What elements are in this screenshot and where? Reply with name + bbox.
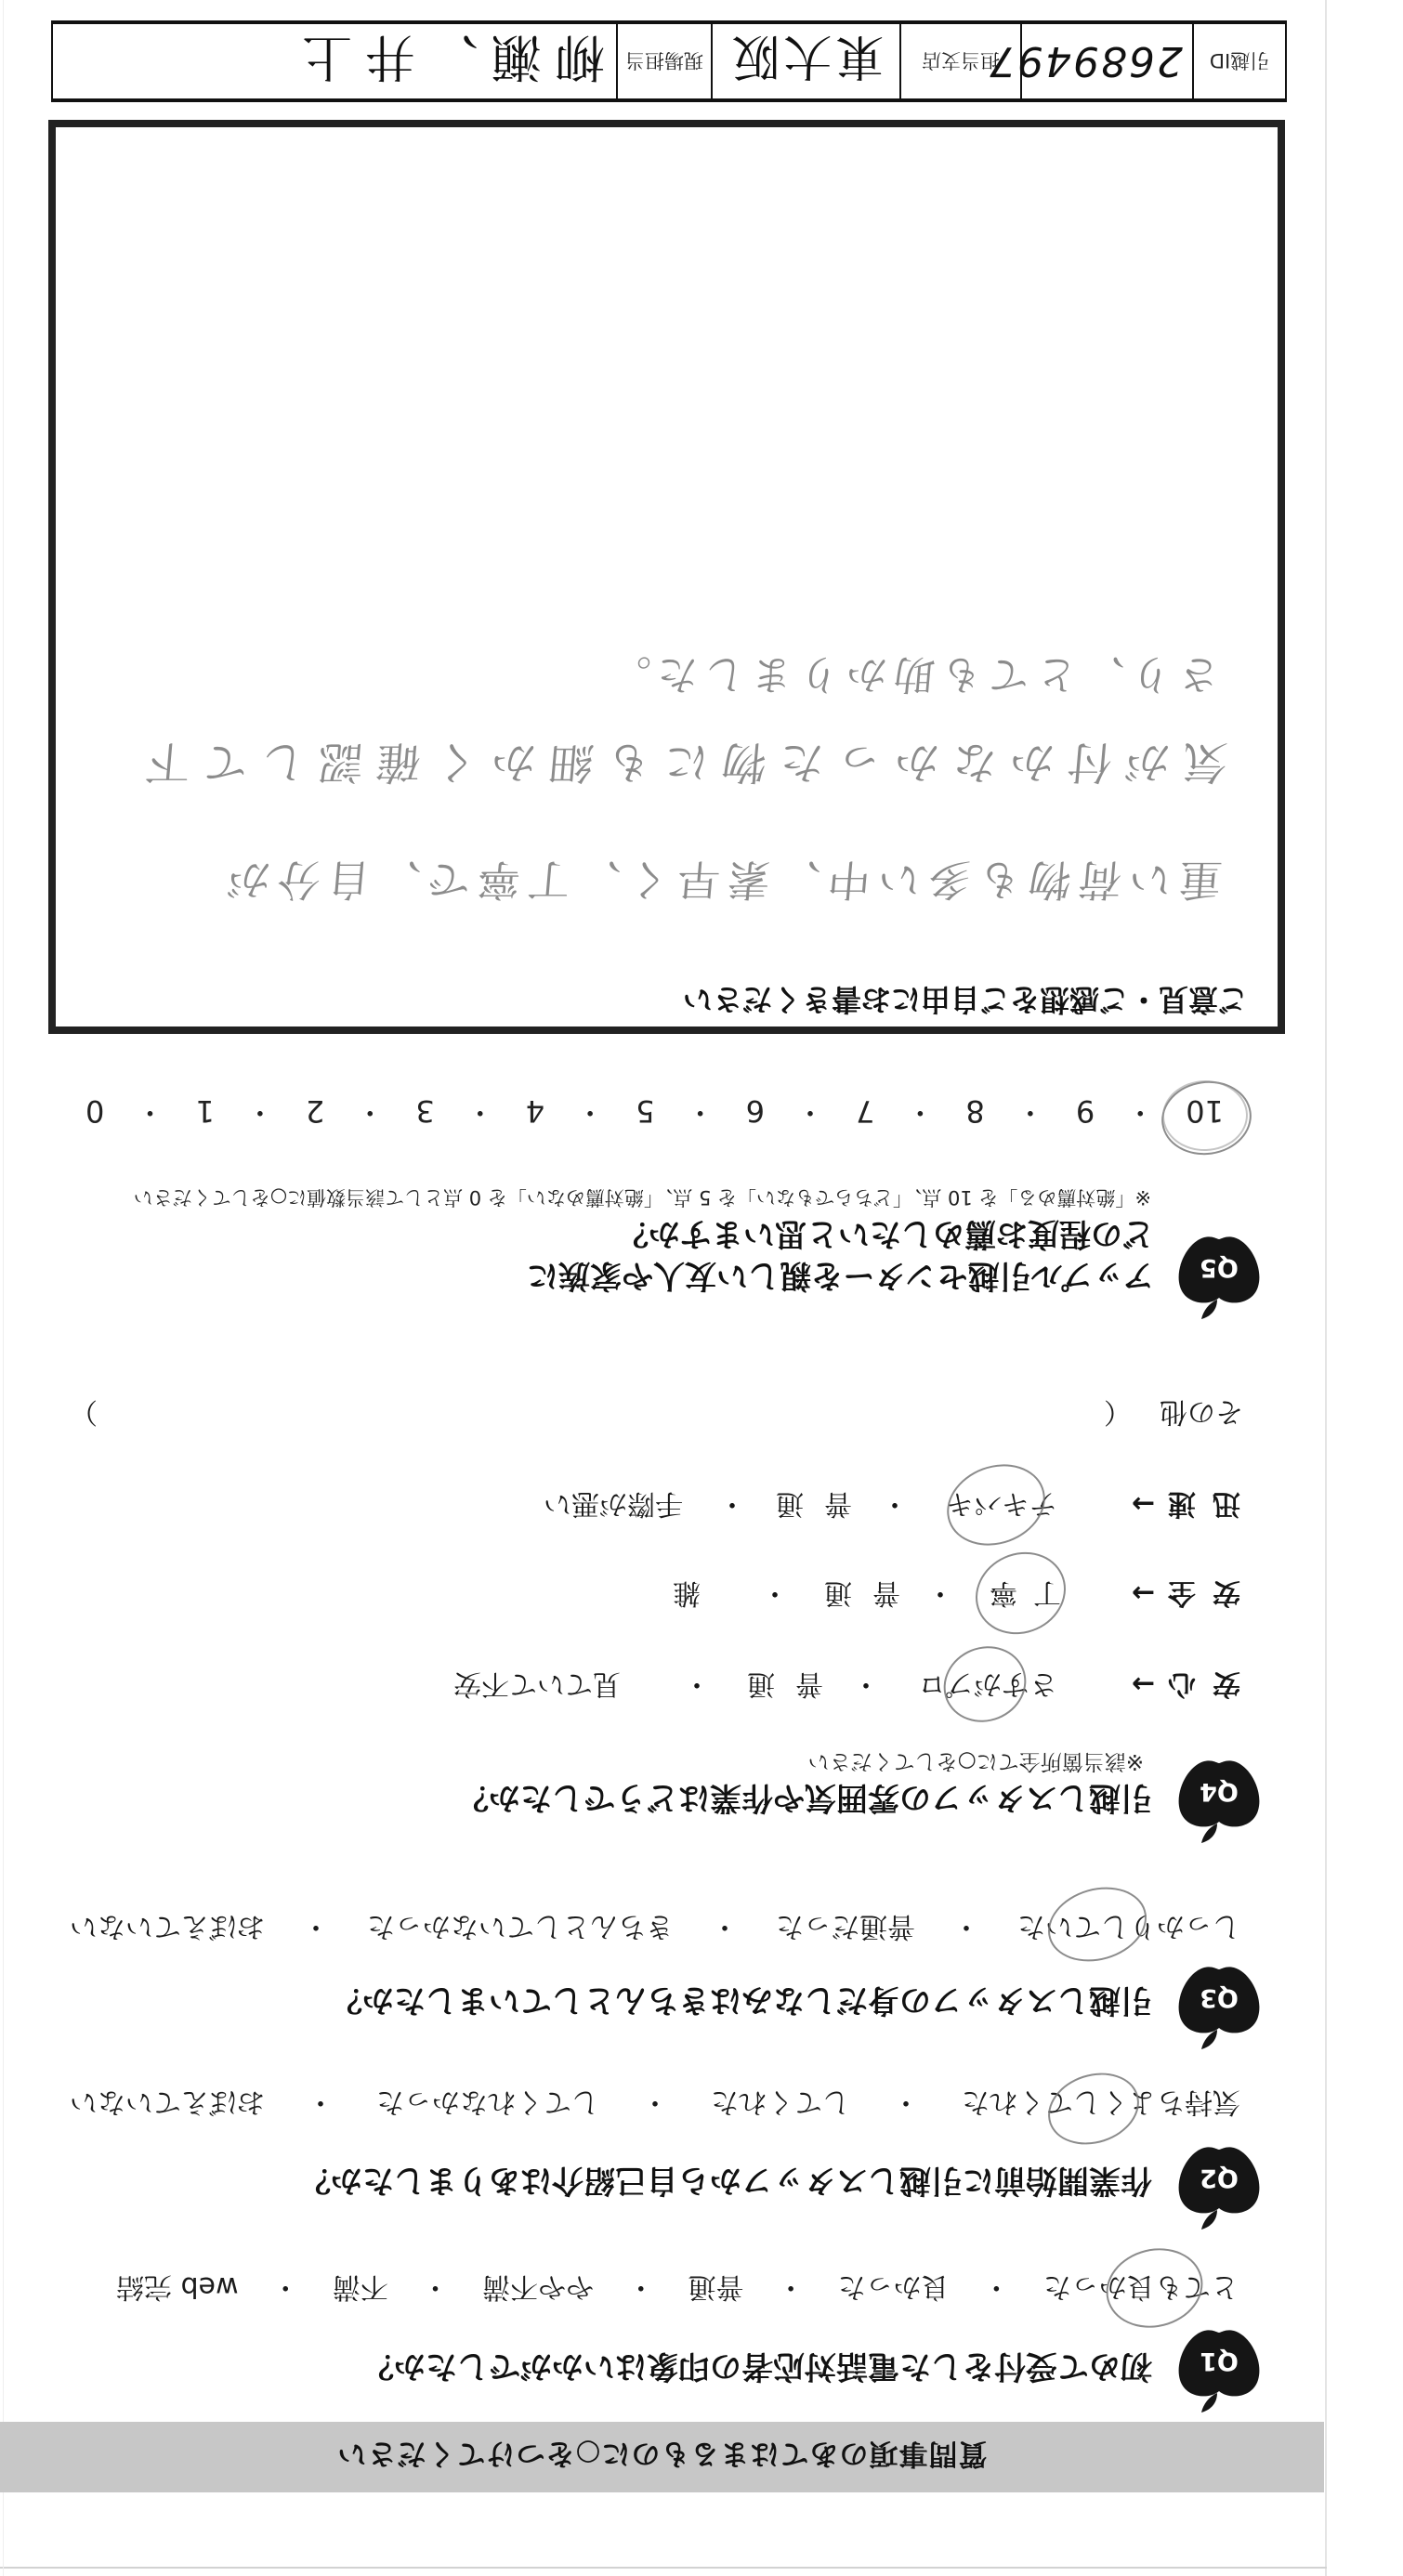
separator-dot: ・ bbox=[302, 1909, 330, 1942]
handwritten-comment-line: 重い荷物も多い中、素早く、丁寧で、自分が bbox=[217, 854, 1224, 906]
separator-dot: ・ bbox=[777, 2269, 805, 2303]
q4-option: 普通 bbox=[804, 1576, 900, 1609]
q5-score-scale: 10 ・ 9 ・ 8 ・ 7 ・ 6 ・ 5 ・ 4 ・ 3 ・ 2 ・ 1 ・… bbox=[85, 1092, 1224, 1130]
branch-label: 担当支店 bbox=[899, 24, 1020, 98]
comments-heading: ご意見・ご感想をご自由にお書きください bbox=[683, 982, 1248, 1017]
scanned-survey-sheet: 質問事項のあてはまるものに○をつけてください Q1 初めて受付をした電話対応者の… bbox=[0, 0, 1403, 2576]
score-value: 5 bbox=[636, 1092, 654, 1130]
q3-option: きちんとしていなかった bbox=[367, 1909, 674, 1942]
q4-row-label-safety: 安全 bbox=[1151, 1576, 1240, 1609]
q4-other-close-paren: ） bbox=[70, 1394, 98, 1428]
onsite-staff-label: 現場担当 bbox=[616, 24, 711, 98]
separator-dot: ・ bbox=[422, 2269, 450, 2303]
q5-question-line-2: どの程度お薦めしたいと思いますか？ bbox=[617, 1215, 1154, 1252]
q2-option: 気持ちよくしてくれた bbox=[962, 2085, 1240, 2118]
separator-dot: ・ bbox=[796, 1094, 824, 1128]
separator-dot: ・ bbox=[1126, 1094, 1154, 1128]
q1-option: 良かった bbox=[838, 2269, 950, 2303]
q1-question: 初めて受付をした電話対応者の印象はいかがでしたか？ bbox=[362, 2347, 1152, 2385]
separator-dot: ・ bbox=[307, 2085, 334, 2118]
score-value: 2 bbox=[306, 1092, 324, 1130]
separator-dot: ・ bbox=[761, 1576, 789, 1609]
q1-badge-label: Q1 bbox=[1200, 2347, 1239, 2375]
q3-option: おぼえていない bbox=[70, 1909, 265, 1942]
separator-dot: ・ bbox=[136, 1094, 164, 1128]
q5-apple-badge-icon: Q5 bbox=[1174, 1233, 1264, 1322]
separator-dot: ・ bbox=[466, 1094, 494, 1128]
arrow-right-icon: → bbox=[1132, 1667, 1155, 1700]
q2-question: 作業開始前に引越しスタッフから自己紹介はありましたか？ bbox=[299, 2162, 1152, 2199]
q5-question-line-1: アップル引越センターを親しい友人や家族に bbox=[527, 1257, 1154, 1294]
q2-apple-badge-icon: Q2 bbox=[1174, 2143, 1264, 2232]
q2-badge-label: Q2 bbox=[1200, 2164, 1239, 2192]
score-value: 9 bbox=[1076, 1092, 1095, 1130]
q4-option: 雑 bbox=[673, 1576, 701, 1609]
q4-option: 手際が悪い bbox=[544, 1486, 683, 1520]
q4-option: 見ていて不安 bbox=[453, 1667, 621, 1700]
arrow-right-icon: → bbox=[1132, 1576, 1155, 1609]
score-value: 3 bbox=[415, 1092, 434, 1130]
separator-dot: ・ bbox=[711, 1909, 739, 1942]
q3-options: しっかりしていた ・ 普通だった ・ きちんとしていなかった ・ おぼえていない bbox=[70, 1909, 1240, 1942]
q5-note: ※「絶対薦める」を 10 点、「どちらでもない」を 5 点、「絶対薦めない」を … bbox=[134, 1185, 1151, 1210]
q4-option: 普通 bbox=[727, 1667, 823, 1700]
separator-dot: ・ bbox=[576, 1094, 604, 1128]
score-value: 4 bbox=[526, 1092, 544, 1130]
q4-note: ※該当箇所全てに○をしてください bbox=[808, 1749, 1144, 1773]
separator-dot: ・ bbox=[641, 2085, 669, 2118]
score-value: 10 bbox=[1186, 1092, 1224, 1130]
q2-option: おぼえていない bbox=[70, 2085, 265, 2118]
separator-dot: ・ bbox=[627, 2269, 655, 2303]
q5-badge-label: Q5 bbox=[1200, 1253, 1239, 1282]
q3-badge-label: Q3 bbox=[1200, 1983, 1239, 2012]
q3-option: 普通だった bbox=[776, 1909, 915, 1942]
q3-question: 引越しスタッフの身だしなみはきちんとしていましたか？ bbox=[331, 1981, 1152, 2019]
q4-other-label: その他 bbox=[1160, 1394, 1243, 1428]
page-edge-line bbox=[1325, 0, 1327, 2576]
handwritten-comment-line: 気が付かなかった物にも細かく確認して下 bbox=[131, 736, 1230, 788]
q4-other-open-paren: （ bbox=[1104, 1394, 1132, 1428]
q2-option: してくれなかった bbox=[376, 2085, 599, 2118]
separator-dot: ・ bbox=[687, 1094, 715, 1128]
q1-apple-badge-icon: Q1 bbox=[1174, 2326, 1264, 2415]
q4-row-label-speed: 迅速 bbox=[1151, 1486, 1240, 1520]
instruction-bar: 質問事項のあてはまるものに○をつけてください bbox=[0, 2422, 1324, 2492]
q3-apple-badge-icon: Q3 bbox=[1174, 1963, 1264, 2052]
q1-option: web 完結 bbox=[116, 2269, 239, 2303]
move-id-label: 引越ID bbox=[1192, 24, 1285, 98]
q4-option: さすがプロ bbox=[918, 1667, 1057, 1700]
move-info-table: 引越ID 2689497 担当支店 東大阪 現場担当 柳瀬、井上 bbox=[51, 20, 1287, 102]
separator-dot: ・ bbox=[683, 1667, 711, 1700]
separator-dot: ・ bbox=[271, 2269, 299, 2303]
q4-row-label-relief: 安心 bbox=[1151, 1667, 1240, 1700]
separator-dot: ・ bbox=[1016, 1094, 1044, 1128]
score-value: 8 bbox=[965, 1092, 984, 1130]
score-value: 6 bbox=[746, 1092, 765, 1130]
scan-edge-line bbox=[3, 0, 4, 2576]
handwritten-comment-line: さり、とても助かりました。 bbox=[601, 647, 1222, 700]
q1-option: やや不満 bbox=[482, 2269, 594, 2303]
move-id-value: 2689497 bbox=[1020, 24, 1192, 98]
q3-option: しっかりしていた bbox=[1017, 1909, 1240, 1942]
q2-options: 気持ちよくしてくれた ・ してくれた ・ してくれなかった ・ おぼえていない bbox=[70, 2085, 1240, 2118]
instruction-text: 質問事項のあてはまるものに○をつけてください bbox=[336, 2437, 987, 2478]
q4-apple-badge-icon: Q4 bbox=[1174, 1757, 1264, 1846]
separator-dot: ・ bbox=[892, 2085, 920, 2118]
q4-option: 丁寧 bbox=[974, 1576, 1061, 1609]
q1-option: 不満 bbox=[333, 2269, 388, 2303]
score-value: 0 bbox=[85, 1092, 104, 1130]
score-value: 7 bbox=[856, 1092, 874, 1130]
separator-dot: ・ bbox=[926, 1576, 954, 1609]
arrow-right-icon: → bbox=[1132, 1486, 1155, 1520]
q4-badge-label: Q4 bbox=[1200, 1777, 1239, 1806]
separator-dot: ・ bbox=[718, 1486, 746, 1520]
onsite-staff-value: 柳瀬、井上 bbox=[53, 24, 616, 98]
score-value: 1 bbox=[195, 1092, 214, 1130]
separator-dot: ・ bbox=[982, 2269, 1010, 2303]
separator-dot: ・ bbox=[952, 1909, 980, 1942]
separator-dot: ・ bbox=[852, 1667, 880, 1700]
separator-dot: ・ bbox=[906, 1094, 934, 1128]
q2-option: してくれた bbox=[711, 2085, 850, 2118]
branch-value: 東大阪 bbox=[711, 24, 899, 98]
q4-question: 引越しスタッフの雰囲気や作業はどうでしたか？ bbox=[457, 1779, 1152, 1816]
separator-dot: ・ bbox=[881, 1486, 909, 1520]
separator-dot: ・ bbox=[356, 1094, 384, 1128]
q4-option: テキパキ bbox=[946, 1486, 1057, 1520]
q1-option: 普通 bbox=[688, 2269, 743, 2303]
page-edge-line bbox=[0, 2567, 1327, 2569]
separator-dot: ・ bbox=[246, 1094, 274, 1128]
q4-option: 普通 bbox=[755, 1486, 852, 1520]
q1-option: とても良かった bbox=[1043, 2269, 1239, 2303]
q1-options: とても良かった ・ 良かった ・ 普通 ・ やや不満 ・ 不満 ・ web 完結 bbox=[116, 2269, 1239, 2303]
